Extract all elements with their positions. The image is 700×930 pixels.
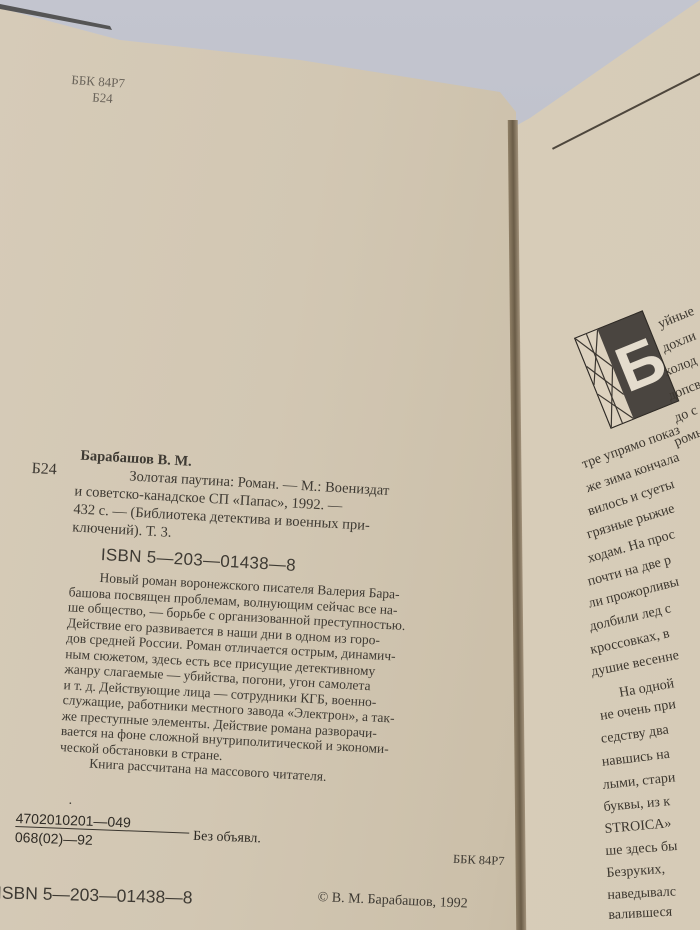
imprint-fraction: 4702010201—049 068(02)—92 Без объявл.	[15, 810, 190, 852]
body-line: валившеся	[608, 905, 673, 924]
catalog-entry: Б24 Барабашов В. М. Золотая паутина: Ром…	[15, 444, 512, 794]
bbk-bottom: ББК 84Р7	[453, 852, 505, 869]
bbk-code: ББК 84Р7	[71, 72, 126, 92]
top-classification: ББК 84Р7 Б24	[70, 72, 126, 108]
dot-mark: ·	[68, 797, 73, 813]
catalog-code: Б24	[31, 460, 57, 479]
catalog-author: Барабашов В. М.	[80, 448, 192, 470]
price-note: Без объявл.	[193, 829, 261, 848]
author-mark: Б24	[92, 89, 125, 107]
